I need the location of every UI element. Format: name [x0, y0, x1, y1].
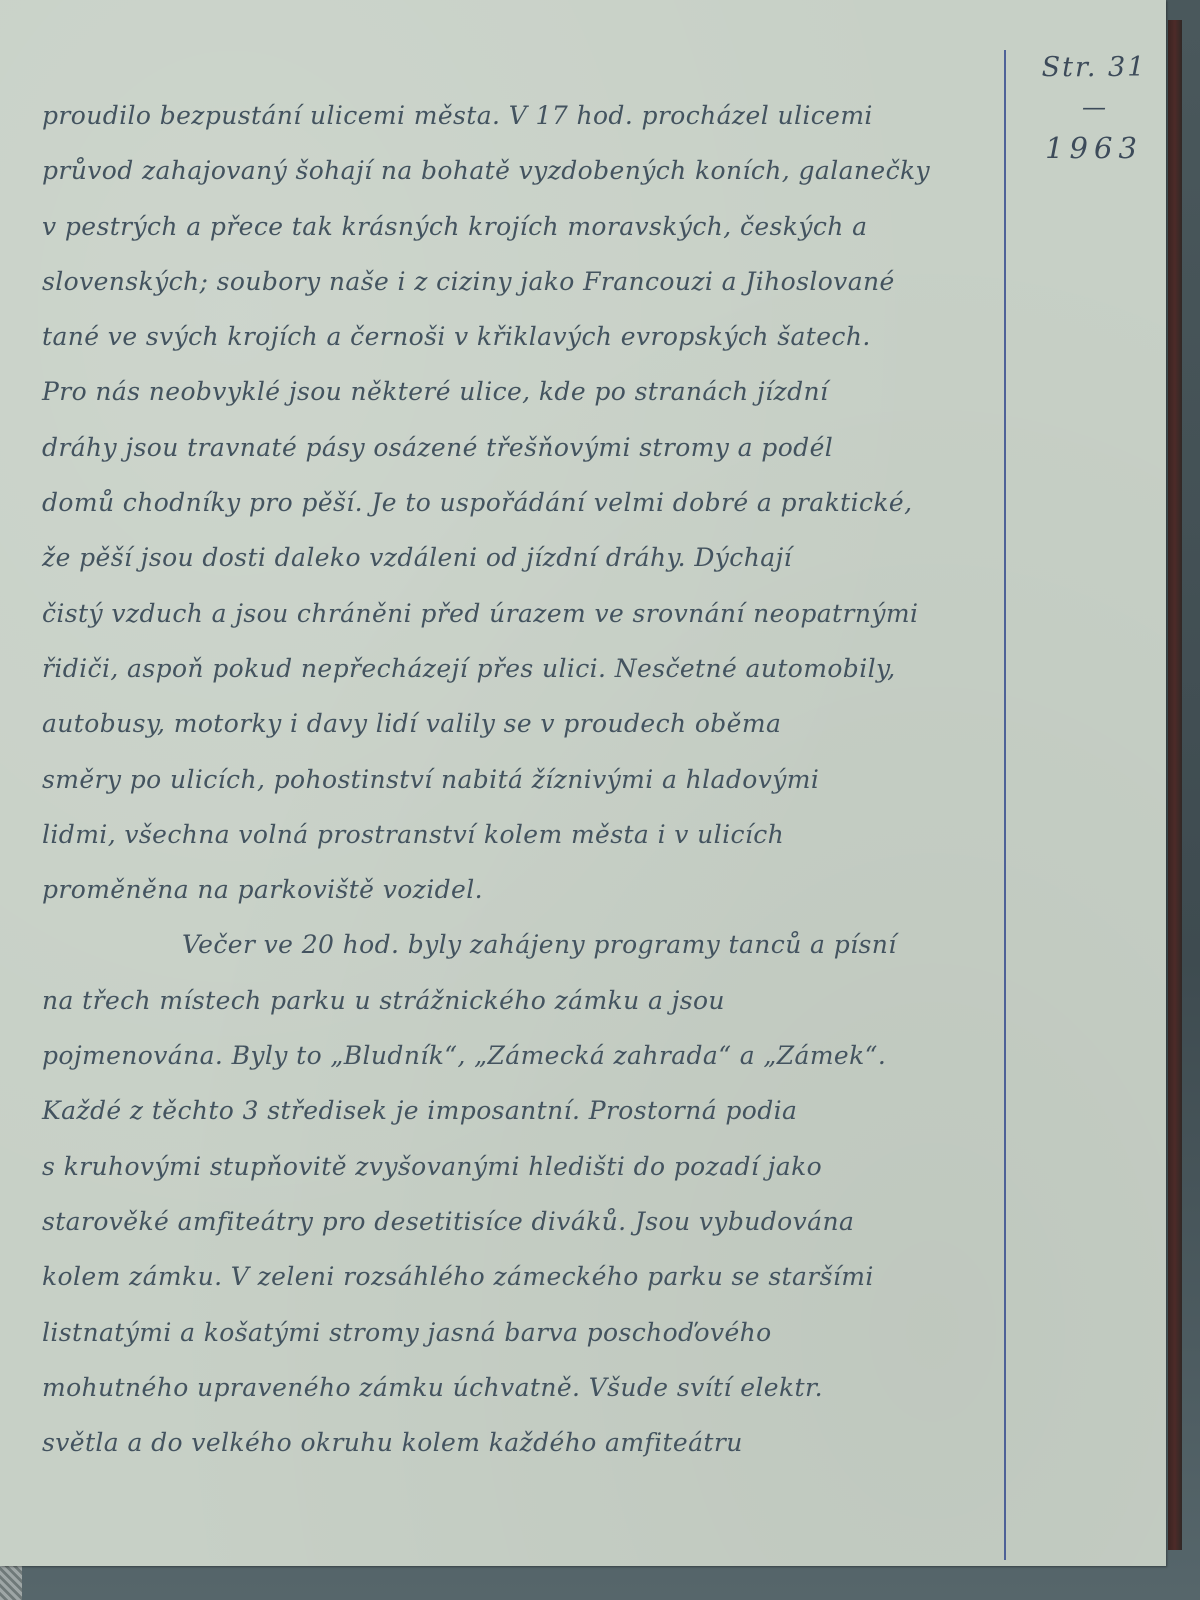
text-line: čistý vzduch a jsou chráněni před úrazem… [42, 586, 1002, 641]
text-line: tané ve svých krojích a černoši v křikla… [42, 309, 1002, 364]
text-line: domů chodníky pro pěší. Je to uspořádání… [42, 475, 1002, 530]
text-line: že pěší jsou dosti daleko vzdáleni od jí… [42, 530, 1002, 585]
margin-annotation: Str. 31 — 1963 [1010, 50, 1160, 165]
text-line: autobusy, motorky i davy lidí valily se … [42, 696, 1002, 751]
text-line: starověké amfiteátry pro desetitisíce di… [42, 1194, 1002, 1249]
text-line: slovenských; soubory naše i z ciziny jak… [42, 254, 1002, 309]
text-line: v pestrých a přece tak krásných krojích … [42, 199, 1002, 254]
text-line: mohutného upraveného zámku úchvatně. Všu… [42, 1360, 1002, 1415]
text-line: průvod zahajovaný šohají na bohatě vyzdo… [42, 143, 1002, 198]
text-line: řidiči, aspoň pokud nepřecházejí přes ul… [42, 641, 1002, 696]
text-line: dráhy jsou travnaté pásy osázené třešňov… [42, 420, 1002, 475]
text-line: pojmenována. Byly to „Bludník“, „Zámecká… [42, 1028, 1002, 1083]
book-cover-edge [1168, 20, 1182, 1550]
text-line: lidmi, všechna volná prostranství kolem … [42, 807, 1002, 862]
margin-rule-line [1004, 50, 1006, 1560]
text-line: Každé z těchto 3 středisek je imposantní… [42, 1083, 1002, 1138]
bookmark-ribbon [0, 1566, 22, 1600]
paragraph-start-line: Večer ve 20 hod. byly zahájeny programy … [42, 917, 1002, 972]
text-line: na třech místech parku u strážnického zá… [42, 973, 1002, 1028]
notebook-page: Str. 31 — 1963 proudilo bezpustání ulice… [0, 0, 1166, 1566]
text-line: kolem zámku. V zeleni rozsáhlého zámecké… [42, 1249, 1002, 1304]
text-line: s kruhovými stupňovitě zvyšovanými hledi… [42, 1139, 1002, 1194]
text-line: Pro nás neobvyklé jsou některé ulice, kd… [42, 364, 1002, 419]
handwritten-body: proudilo bezpustání ulicemi města. V 17 … [42, 88, 1002, 1470]
page-reference: Str. 31 [1010, 52, 1160, 83]
text-line: proudilo bezpustání ulicemi města. V 17 … [42, 88, 1002, 143]
margin-dash: — [1010, 93, 1160, 121]
text-line: listnatými a košatými stromy jasná barva… [42, 1305, 1002, 1360]
text-line: světla a do velkého okruhu kolem každého… [42, 1415, 1002, 1470]
text-line: směry po ulicích, pohostinství nabitá ží… [42, 752, 1002, 807]
text-line: proměněna na parkoviště vozidel. [42, 862, 1002, 917]
margin-year: 1963 [1010, 131, 1160, 165]
